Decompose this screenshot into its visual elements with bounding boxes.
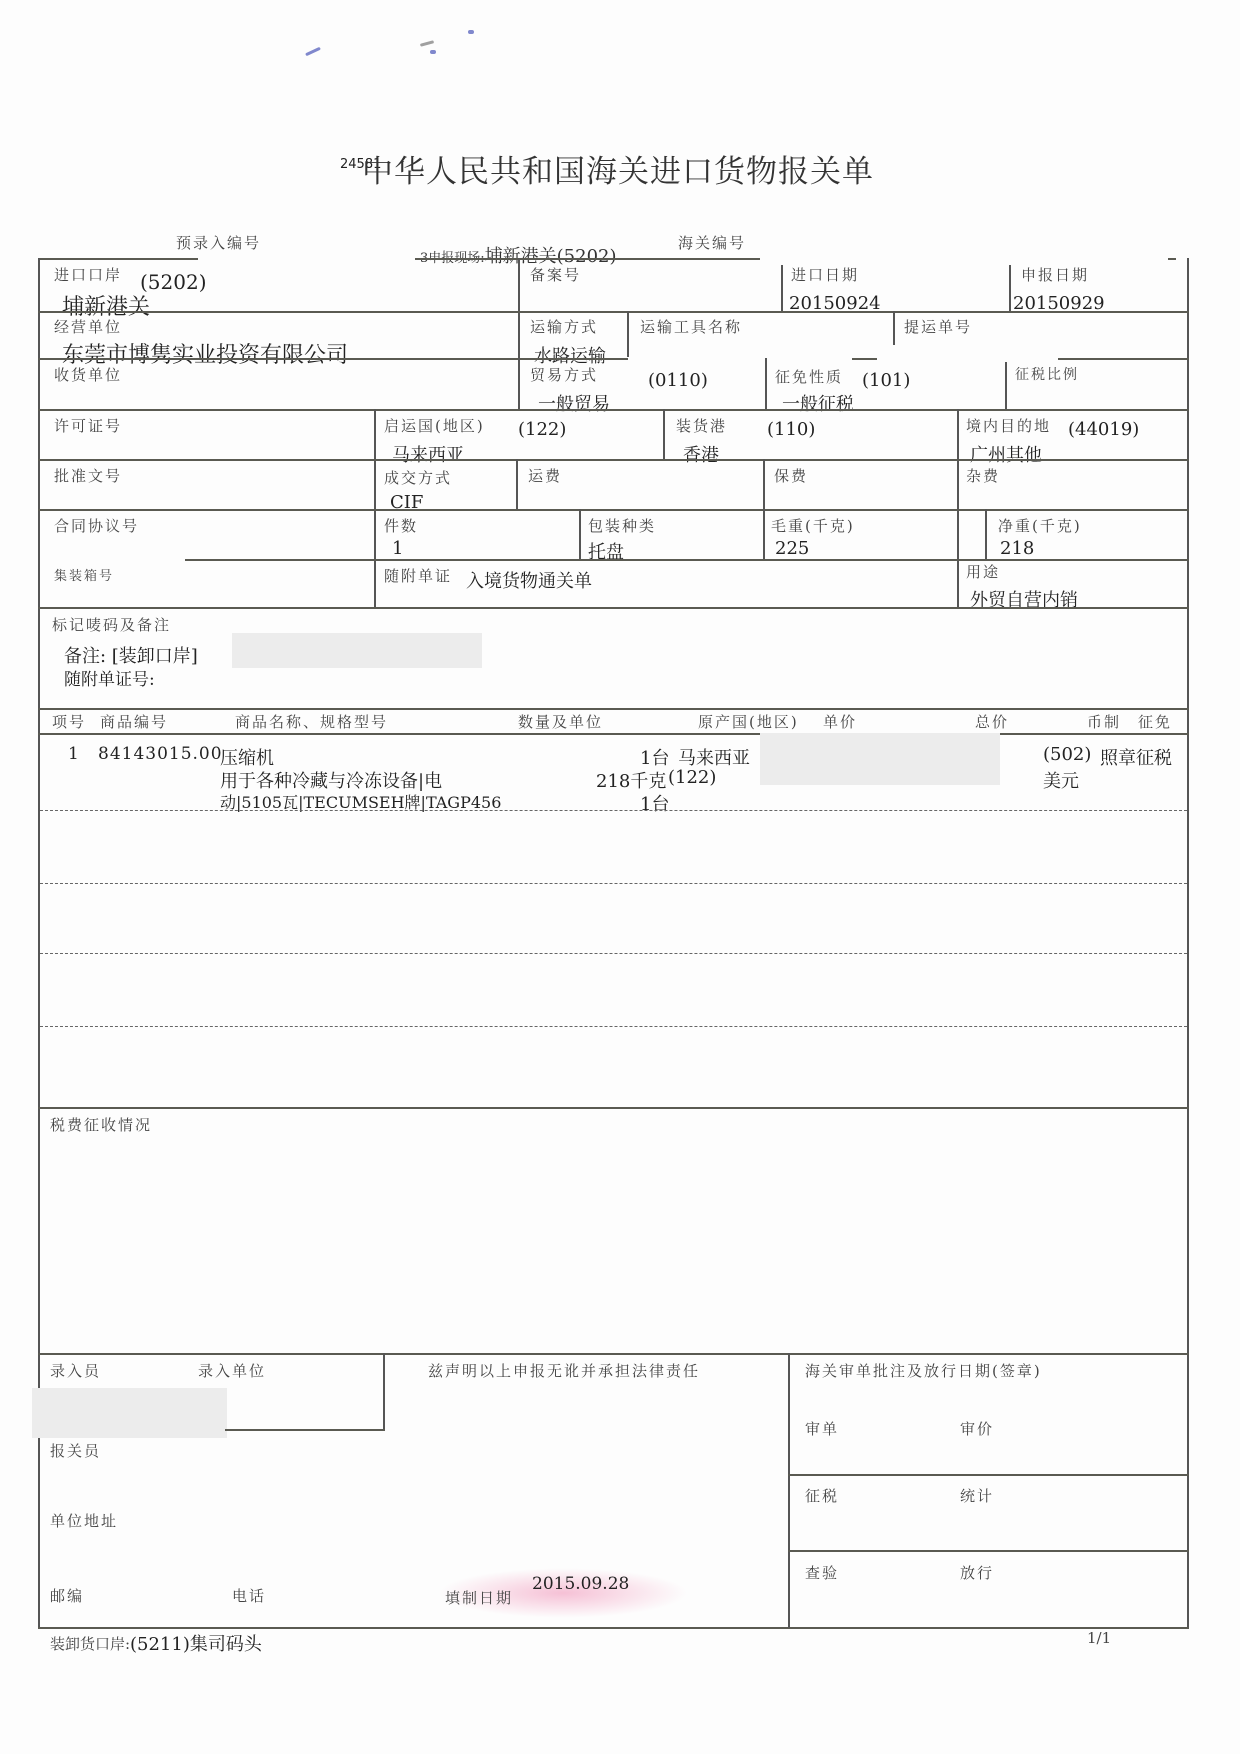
price-review-label: 审价	[960, 1418, 994, 1439]
item-origin-line: (122)	[668, 767, 716, 788]
levy-nature-code: (101)	[862, 370, 910, 391]
phone-label: 电话	[232, 1585, 266, 1606]
gross-weight-label: 毛重(千克)	[771, 515, 855, 536]
row-divider	[40, 883, 1187, 884]
row-divider	[788, 1474, 1189, 1476]
postcode-label: 邮编	[50, 1585, 84, 1606]
remarks-label: 标记唛码及备注	[52, 614, 171, 635]
unloading-port-label: 装卸货口岸:	[50, 1633, 130, 1654]
row-divider	[38, 509, 1189, 511]
entry-unit-label: 录入单位	[198, 1360, 266, 1381]
row-divider	[38, 1107, 1189, 1109]
net-weight-label: 净重(千克)	[998, 515, 1082, 536]
frame-bottom	[38, 1627, 1189, 1629]
inspection-label: 查验	[805, 1562, 839, 1583]
packages-value: 1	[392, 538, 403, 559]
row-divider	[40, 810, 1187, 811]
row-divider	[38, 1353, 1189, 1355]
gross-weight-value: 225	[775, 538, 809, 559]
levy-nature-label: 征免性质	[775, 366, 843, 387]
deal-mode-label: 成交方式	[384, 467, 452, 488]
contract-no-label: 合同协议号	[54, 515, 139, 536]
row-divider	[38, 459, 1189, 461]
row-divider	[38, 409, 1189, 411]
col-origin: 原产国(地区)	[698, 711, 799, 732]
entry-clerk-label: 录入员	[50, 1360, 101, 1381]
divider	[763, 459, 765, 510]
divider	[663, 409, 665, 460]
row-divider	[788, 1550, 1189, 1552]
declaration-statement: 兹声明以上申报无讹并承担法律责任	[428, 1360, 700, 1381]
divider	[788, 1353, 790, 1628]
license-no-label: 许可证号	[54, 415, 122, 436]
attached-docs-label: 随附单证	[384, 565, 452, 586]
divider	[518, 358, 520, 410]
insurance-label: 保费	[774, 465, 808, 486]
trade-mode-code: (0110)	[648, 370, 708, 391]
release-label: 放行	[960, 1562, 994, 1583]
row-divider	[38, 733, 1189, 735]
destination-code: (44019)	[1068, 419, 1139, 440]
origin-country-value: 马来西亚	[392, 441, 464, 467]
divider	[579, 509, 581, 560]
loading-port-value: 香港	[683, 441, 719, 467]
trade-mode-value: 一般贸易	[538, 390, 610, 416]
container-no-label: 集装箱号	[54, 565, 114, 584]
page-indicator: 1/1	[1087, 1629, 1111, 1647]
import-date-label: 进口日期	[791, 264, 859, 285]
col-currency: 币制	[1087, 711, 1121, 732]
divider	[893, 311, 895, 345]
fill-date-value: 2015.09.28	[532, 1574, 629, 1594]
col-code: 商品编号	[100, 711, 168, 732]
record-no-label: 备案号	[530, 264, 581, 285]
frame-top-mid	[415, 258, 760, 260]
document-title: 中华人民共和国海关进口货物报关单	[362, 146, 874, 191]
fill-date-label: 填制日期	[445, 1587, 513, 1608]
redacted-block	[32, 1388, 227, 1438]
customs-approval-label: 海关审单批注及放行日期(签章)	[805, 1360, 1042, 1381]
approval-no-label: 批准文号	[54, 465, 122, 486]
divider	[781, 265, 783, 312]
destination-value: 广州其他	[970, 441, 1042, 467]
frame-top-right	[1168, 258, 1176, 260]
frame-top-left	[38, 258, 198, 260]
pre-entry-no-label: 预录入编号	[176, 232, 261, 253]
misc-fee-label: 杂费	[966, 465, 1000, 486]
origin-country-label: 启运国(地区)	[384, 415, 485, 436]
address-label: 单位地址	[50, 1510, 118, 1531]
divider	[1005, 362, 1007, 410]
package-type-label: 包装种类	[588, 515, 656, 536]
trade-mode-label: 贸易方式	[530, 364, 598, 385]
operating-unit-label: 经营单位	[54, 316, 122, 337]
col-levy: 征免	[1138, 711, 1172, 732]
col-name: 商品名称、规格型号	[235, 711, 388, 732]
divider	[383, 1353, 385, 1431]
loading-port-code: (110)	[767, 419, 815, 440]
row-divider	[38, 708, 1189, 710]
usage-label: 用途	[966, 561, 1000, 582]
row-divider	[38, 358, 528, 360]
divider	[518, 258, 520, 358]
frame-right	[1187, 258, 1189, 1628]
col-total: 总价	[975, 711, 1009, 732]
packages-label: 件数	[384, 515, 418, 536]
redacted-block	[232, 633, 482, 668]
divider	[627, 311, 629, 357]
item-levy: 照章征税	[1100, 744, 1172, 770]
loading-port-label: 装货港	[676, 415, 727, 436]
freight-label: 运费	[528, 465, 562, 486]
unloading-port-value: (5211)集司码头	[130, 1630, 262, 1656]
declare-date-label: 申报日期	[1021, 264, 1089, 285]
row-divider	[225, 1429, 385, 1431]
broker-label: 报关员	[50, 1440, 101, 1461]
levy-ratio-label: 征税比例	[1015, 364, 1079, 384]
import-port-label: 进口口岸	[54, 264, 122, 285]
row-divider	[852, 358, 877, 360]
divider	[763, 509, 765, 560]
row-divider	[38, 607, 1189, 609]
attached-doc-no: 随附单证号:	[64, 665, 155, 690]
divider	[516, 459, 518, 510]
net-weight-value: 218	[1000, 538, 1034, 559]
scan-artifact	[420, 40, 434, 47]
row-divider	[38, 311, 1189, 313]
item-code: 84143015.00	[98, 744, 223, 764]
item-currency-code: (502)	[1043, 744, 1091, 765]
transport-mode-label: 运输方式	[530, 316, 598, 337]
redacted-price	[760, 733, 1000, 785]
consignee-label: 收货单位	[54, 364, 122, 385]
tax-label: 税费征收情况	[50, 1114, 152, 1135]
scan-artifact	[468, 30, 474, 34]
attached-docs-value: 入境货物通关单	[466, 567, 592, 593]
divider	[985, 509, 987, 560]
destination-label: 境内目的地	[966, 415, 1051, 436]
transport-tool-label: 运输工具名称	[640, 316, 742, 337]
row-divider	[40, 953, 1187, 954]
row-divider	[518, 358, 628, 360]
row-divider	[40, 1026, 1187, 1027]
levy-nature-value: 一般征税	[782, 390, 854, 416]
row-divider	[1058, 358, 1189, 360]
tax-collect-label: 征税	[805, 1485, 839, 1506]
divider	[1009, 265, 1011, 312]
item-qty-line: 1台	[640, 790, 669, 816]
bill-no-label: 提运单号	[904, 316, 972, 337]
customs-no-label: 海关编号	[678, 232, 746, 253]
item-no: 1	[68, 744, 79, 764]
divider	[765, 358, 767, 410]
review-label: 审单	[805, 1418, 839, 1439]
stats-label: 统计	[960, 1485, 994, 1506]
scan-artifact	[305, 47, 321, 56]
col-item-no: 项号	[52, 711, 86, 732]
col-qty: 数量及单位	[518, 711, 603, 732]
col-unit-price: 单价	[823, 711, 857, 732]
origin-country-code: (122)	[518, 419, 566, 440]
row-divider	[185, 559, 1189, 561]
scan-artifact	[430, 50, 436, 54]
item-currency-name: 美元	[1043, 767, 1079, 793]
